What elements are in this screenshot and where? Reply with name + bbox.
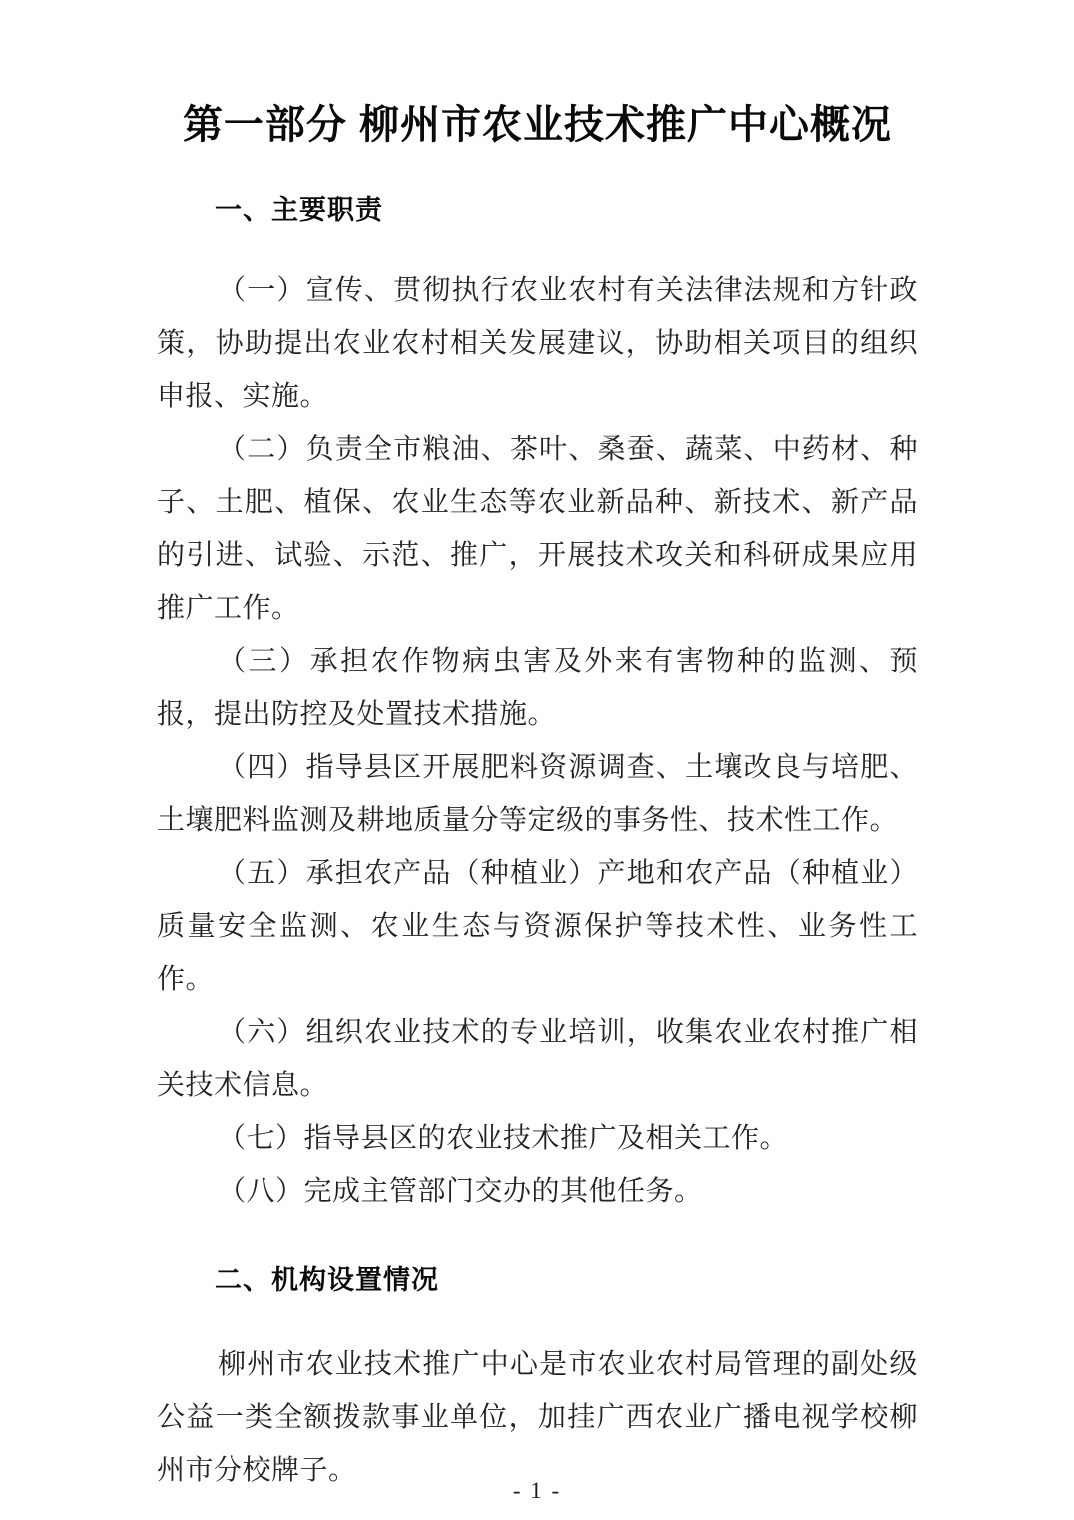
document-title: 第一部分 柳州市农业技术推广中心概况: [157, 100, 918, 150]
duty-paragraph-1: （一）宣传、贯彻执行农业农村有关法律法规和方针政策，协助提出农业农村相关发展建议…: [157, 264, 918, 423]
duty-paragraph-6: （六）组织农业技术的专业培训，收集农业农村推广相关技术信息。: [157, 1006, 918, 1112]
section-organization-body: 柳州市农业技术推广中心是市农业农村局管理的副处级公益一类全额拨款事业单位，加挂广…: [157, 1338, 918, 1497]
duty-paragraph-8: （八）完成主管部门交办的其他任务。: [157, 1165, 918, 1218]
duty-paragraph-4: （四）指导县区开展肥料资源调查、土壤改良与培肥、土壤肥料监测及耕地质量分等定级的…: [157, 741, 918, 847]
section-heading-organization-setup: 二、机构设置情况: [157, 1264, 918, 1296]
duty-paragraph-3: （三）承担农作物病虫害及外来有害物种的监测、预报，提出防控及处置技术措施。: [157, 635, 918, 741]
duty-paragraph-7: （七）指导县区的农业技术推广及相关工作。: [157, 1112, 918, 1165]
page-number: - 1 -: [0, 1478, 1074, 1504]
section-main-duties-body: （一）宣传、贯彻执行农业农村有关法律法规和方针政策，协助提出农业农村相关发展建议…: [157, 264, 918, 1218]
document-page: 第一部分 柳州市农业技术推广中心概况 一、主要职责 （一）宣传、贯彻执行农业农村…: [0, 0, 1074, 1520]
organization-paragraph: 柳州市农业技术推广中心是市农业农村局管理的副处级公益一类全额拨款事业单位，加挂广…: [157, 1338, 918, 1497]
section-heading-main-duties: 一、主要职责: [157, 194, 918, 226]
duty-paragraph-5: （五）承担农产品（种植业）产地和农产品（种植业）质量安全监测、农业生态与资源保护…: [157, 847, 918, 1006]
duty-paragraph-2: （二）负责全市粮油、茶叶、桑蚕、蔬菜、中药材、种子、土肥、植保、农业生态等农业新…: [157, 423, 918, 635]
